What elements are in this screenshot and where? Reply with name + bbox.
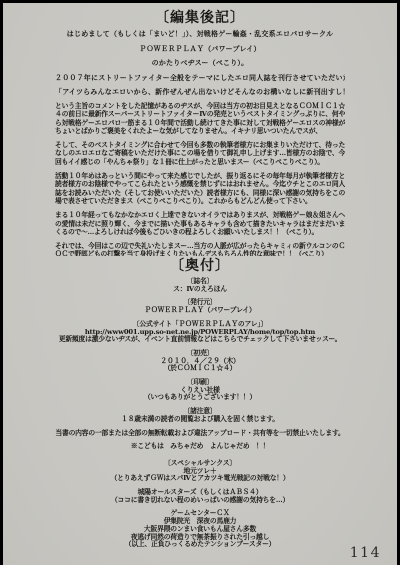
afterword-paragraph: 活動１０年めはあっという間にやって来た感じでしたが、振り返るにその毎年毎月が執筆…	[55, 172, 345, 206]
colophon-entry: 城陽オールスターズ（もしくはＡＢＳ４）（ココに書き切れない程のめいっぱいの感謝の…	[55, 489, 345, 504]
afterword-intro-line: ＰＯＷＥＲＰＬＡＹ（パワープレイ）	[55, 42, 345, 57]
page-content: 〔編集後記〕 はじめまして（もしくは「まいど！」）、対戦格ゲー輪姦・乱交系エロパ…	[55, 9, 345, 549]
afterword-paragraphs: という主旨のコメントをした記憶があるのヂスが、今回は当方の初お目見えとなるＣＯＭ…	[55, 102, 345, 257]
colophon-entry: 〔初売〕２０１０．４／２９（木）（於ＣＯＭＩＣ１☆４）	[55, 350, 345, 373]
colophon-entry-line: （とりあえずＧＷはスパⅣとアカツキ電光戦記の対戦な！）	[55, 475, 345, 483]
colophon-entry-line: （ココに書き切れない程のめいっぱいの感謝の気持ちを…）	[55, 497, 345, 505]
colophon-entry: ※こどもは みちゃだめ よんじゃだめ ！！	[55, 443, 345, 451]
afterword-paragraph: まる１０年経ってもなかなかエロく上達できないオイラではありまスが、対戦格ゲー娘＆…	[55, 211, 345, 237]
colophon-entry-line: ※こどもは みちゃだめ よんじゃだめ ！！	[55, 443, 345, 451]
page-number: 114	[350, 545, 381, 561]
afterword-intro-line: のかたりべヂスー（ぺこり）。	[55, 56, 345, 71]
afterword-intro-line: はじめまして（もしくは「まいど！」）、対戦格ゲー輪姦・乱交系エロパロサークル	[55, 27, 345, 42]
colophon-entry-line: （於ＣＯＭＩＣ１☆４）	[55, 365, 345, 373]
colophon-entry-line: 当書の内容の一部または全部の無断転載および違法アップロード・共有等を一切禁止いた…	[55, 430, 345, 438]
colophon-entry-line: ＰＯＷＥＲＰＬＡＹ（パワープレイ）	[55, 307, 345, 315]
colophon-entry: ゲームセンターＣＸ伊集院光 深夜の馬鹿力大阪界隈のンまい食いもん屋さん多数夜逃げ…	[55, 510, 345, 549]
colophon-entry-line: ス：Ⅳのえろほん	[55, 286, 345, 294]
colophon-entry-line: （いつもありがとうございます！！）	[55, 394, 345, 402]
afterword-paragraph: そして、そのベストタイミングに合わせて今回も多数の執筆者様方にお集まりいただけて…	[55, 141, 345, 167]
colophon-entry: 当書の内容の一部または全部の無断転載および違法アップロード・共有等を一切禁止いた…	[55, 430, 345, 438]
afterword-intro-line: 「アイツらみんなエロいから、新作ぜんぜん出ないけどそんなのお構いなしに新刊出すし…	[55, 85, 345, 100]
colophon-entry: 〔諸注意〕１８歳未満の読者の閲覧および購入を固く禁じます。	[55, 408, 345, 423]
colophon-section: 〔奥付〕 〔誌名〕ス：Ⅳのえろほん〔発行元〕ＰＯＷＥＲＰＬＡＹ（パワープレイ）〔…	[55, 257, 345, 549]
colophon-entry-line: 更新頻度は激少ないヂスが、イベント直前情報などはこちらでチェックして下さいませッ…	[55, 336, 345, 344]
colophon-entry: 〔印刷〕くりえい社様（いつもありがとうございます！！）	[55, 379, 345, 402]
colophon-entry: 〔発行元〕ＰＯＷＥＲＰＬＡＹ（パワープレイ）	[55, 299, 345, 314]
colophon-entry: 〔スペシャルサンクス〕地元ツレ＋（とりあえずＧＷはスパⅣとアカツキ電光戦記の対戦…	[55, 460, 345, 483]
colophon-entry-line: １８歳未満の読者の閲覧および購入を固く禁じます。	[55, 416, 345, 424]
colophon-entry-line: （以上、正負ひっくるめたテンションブースター）	[55, 541, 345, 549]
colophon-entry: 〔公式サイト「ＰＯＷＥＲＰＬＡＹのアレ」〕http://www001.upp.s…	[55, 321, 345, 344]
scanned-page: 〔編集後記〕 はじめまして（もしくは「まいど！」）、対戦格ゲー輪姦・乱交系エロパ…	[0, 0, 400, 565]
colophon-title: 〔奥付〕	[55, 257, 345, 275]
afterword-intro: はじめまして（もしくは「まいど！」）、対戦格ゲー輪姦・乱交系エロパロサークルＰＯ…	[55, 27, 345, 100]
afterword-paragraph: それでは、今回はこの辺で失礼いたしまスー…当方の人脈が広がったらキャミィの新ウル…	[55, 242, 345, 256]
afterword-paragraph: という主旨のコメントをした記憶があるのヂスが、今回は当方の初お目見えとなるＣＯＭ…	[55, 102, 345, 136]
afterword-intro-line: ２００７年にストリートファイター全般をテーマにしたエロ同人誌を刊行させていただい…	[55, 71, 345, 86]
colophon-body: 〔誌名〕ス：Ⅳのえろほん〔発行元〕ＰＯＷＥＲＰＬＡＹ（パワープレイ）〔公式サイト…	[55, 278, 345, 549]
afterword-section: 〔編集後記〕 はじめまして（もしくは「まいど！」）、対戦格ゲー輪姦・乱交系エロパ…	[55, 9, 345, 256]
colophon-entry: 〔誌名〕ス：Ⅳのえろほん	[55, 278, 345, 293]
afterword-title: 〔編集後記〕	[55, 9, 345, 27]
